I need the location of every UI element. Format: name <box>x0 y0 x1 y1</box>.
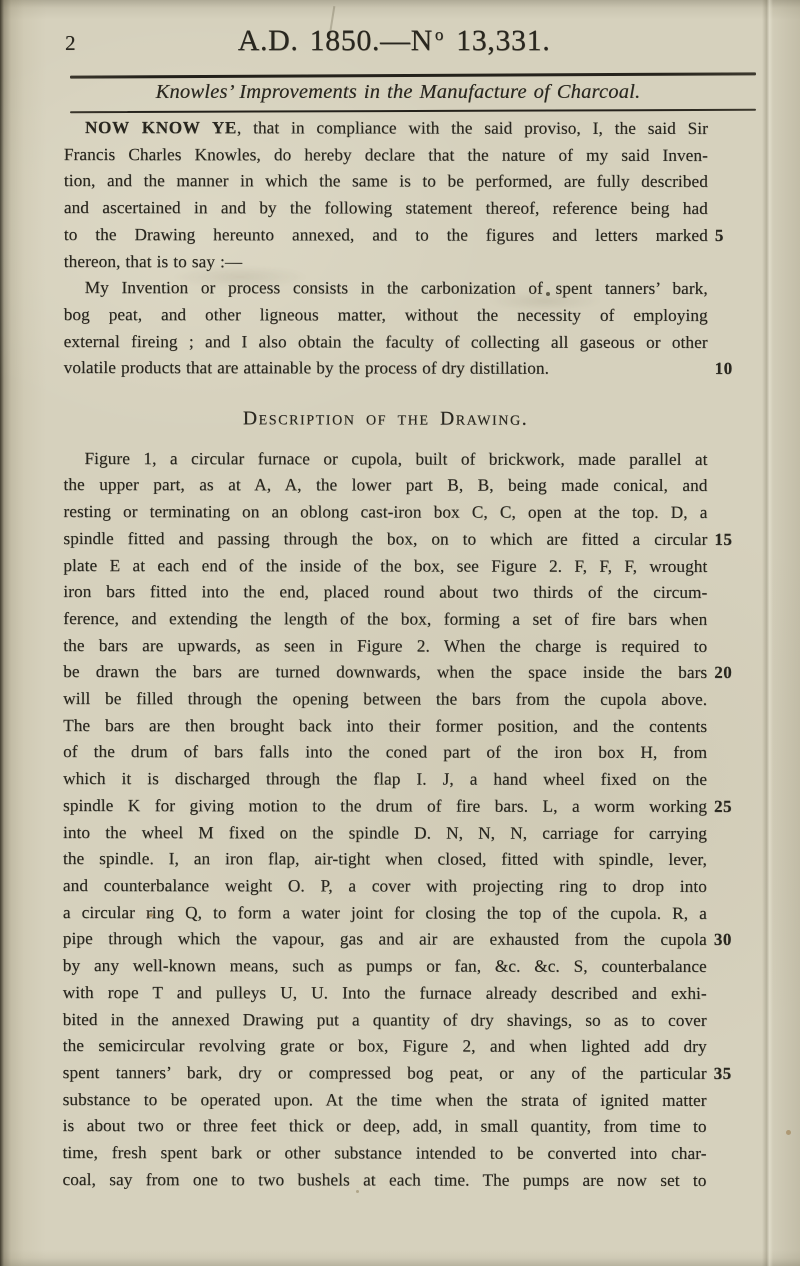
text-line: spent tanners’ bark, dry or compressed b… <box>63 1060 707 1088</box>
text-line: volatile products that are attainable by… <box>64 355 708 383</box>
paper-speck <box>786 1130 791 1135</box>
text-line: The bars are then brought back into thei… <box>63 713 707 741</box>
text-line: external fireing ; and I also obtain the… <box>64 329 708 357</box>
header-rule-top <box>70 72 756 78</box>
text-line: the upper part, as at A, A, the lower pa… <box>63 472 707 500</box>
text-line: thereon, that is to say :— <box>64 249 708 277</box>
text-line: and ascertained in and by the following … <box>64 195 708 223</box>
line-number: 15 <box>714 527 762 554</box>
text-line: and counterbalance weight O. P, a cover … <box>63 873 707 901</box>
text-line: will be filled through the opening betwe… <box>63 686 707 714</box>
specification-text: NOW KNOW YE, that in compliance with the… <box>62 115 708 1194</box>
text-line: NOW KNOW YE, that in compliance with the… <box>64 115 708 143</box>
text-line: the bars are upwards, as seen in Figure … <box>63 633 707 661</box>
line-number: 35 <box>714 1061 762 1088</box>
text-line: substance to be operated upon. At the ti… <box>63 1087 707 1115</box>
text-line: which it is discharged through the flap … <box>63 766 707 794</box>
text-line: the semicircular revolving grate or box,… <box>63 1033 707 1061</box>
line-number: 20 <box>714 660 762 687</box>
text-line: is about two or three feet thick or deep… <box>63 1113 707 1141</box>
text-line: ference, and extending the length of the… <box>63 606 707 634</box>
text-line: spindle K for giving motion to the drum … <box>63 793 707 821</box>
text-line: a circular ring Q, to form a water joint… <box>63 900 707 928</box>
ref-number: 13,331. <box>456 24 550 57</box>
text-line: with rope T and pulleys U, U. Into the f… <box>63 980 707 1008</box>
text-line: My Invention or process consists in the … <box>64 275 708 303</box>
line-number: 30 <box>714 927 762 954</box>
text-line: time, fresh spent bark or other substanc… <box>63 1140 707 1168</box>
text-line: Francis Charles Knowles, do hereby decla… <box>64 142 708 170</box>
text-line: bog peat, and other ligneous matter, wit… <box>64 302 708 330</box>
document-reference-title: A.D. 1850.—No 13,331. <box>64 24 724 58</box>
line-number: 5 <box>715 223 763 250</box>
text-line: be drawn the bars are turned downwards, … <box>63 659 707 687</box>
text-line: bited in the annexed Drawing put a quant… <box>63 1006 707 1034</box>
text-line: iron bars fitted into the end, placed ro… <box>63 579 707 607</box>
text-line: resting or terminating on an oblong cast… <box>63 499 707 527</box>
text-line: the spindle. I, an iron flap, air-tight … <box>63 846 707 874</box>
ref-superscript-o: o <box>435 25 444 44</box>
text-line: to the Drawing hereunto annexed, and to … <box>64 222 708 250</box>
text-line: tion, and the manner in which the same i… <box>64 168 708 196</box>
text-line: spindle fitted and passing through the b… <box>63 526 707 554</box>
page-crease <box>762 0 773 1266</box>
section-heading: Description of the Drawing. <box>64 406 708 434</box>
text-line: pipe through which the vapour, gas and a… <box>63 926 707 954</box>
text-line: coal, say from one to two bushels at eac… <box>62 1167 706 1195</box>
bold-lead-text: NOW KNOW YE <box>85 118 237 137</box>
header-rule-bottom <box>70 109 756 114</box>
text-line: into the wheel M fixed on the spindle D.… <box>63 820 707 848</box>
text-line: plate E at each end of the inside of the… <box>63 553 707 581</box>
ref-prefix: A.D. 1850.—N <box>238 24 433 57</box>
text-line: Figure 1, a circular furnace or cupola, … <box>64 446 708 474</box>
line-number: 25 <box>714 794 762 821</box>
patent-document-page: 2 A.D. 1850.—No 13,331. Knowles’ Improve… <box>0 0 800 1266</box>
text-line: of the drum of bars falls into the coned… <box>63 739 707 767</box>
line-number: 10 <box>715 356 763 383</box>
running-title: Knowles’ Improvements in the Manufacture… <box>64 81 732 104</box>
text-line: by any well-known means, such as pumps o… <box>63 953 707 981</box>
